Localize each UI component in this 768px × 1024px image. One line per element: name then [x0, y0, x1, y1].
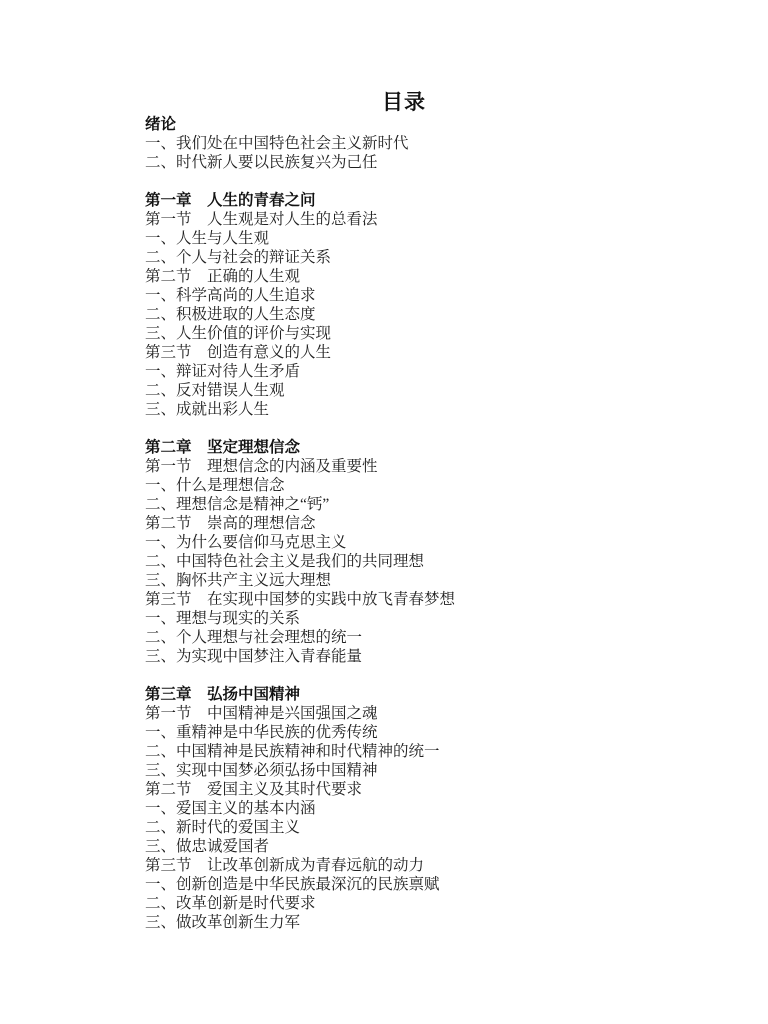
toc-entry: 一、为什么要信仰马克思主义	[145, 533, 663, 552]
table-of-contents: 绪论一、我们处在中国特色社会主义新时代二、时代新人要以民族复兴为己任第一章 人生…	[145, 115, 663, 932]
toc-entry: 一、重精神是中华民族的优秀传统	[145, 723, 663, 742]
section-heading: 绪论	[145, 115, 663, 134]
section-heading: 第三章 弘扬中国精神	[145, 685, 663, 704]
toc-entry: 三、做忠诚爱国者	[145, 837, 663, 856]
toc-section: 绪论一、我们处在中国特色社会主义新时代二、时代新人要以民族复兴为己任	[145, 115, 663, 172]
toc-entry: 一、辩证对待人生矛盾	[145, 362, 663, 381]
page-title: 目录	[145, 91, 663, 114]
toc-entry: 三、为实现中国梦注入青春能量	[145, 647, 663, 666]
toc-entry: 一、爱国主义的基本内涵	[145, 799, 663, 818]
toc-entry: 第三节 创造有意义的人生	[145, 343, 663, 362]
toc-entry: 三、人生价值的评价与实现	[145, 324, 663, 343]
toc-entry: 第一节 人生观是对人生的总看法	[145, 210, 663, 229]
toc-entry: 二、个人理想与社会理想的统一	[145, 628, 663, 647]
toc-entry: 一、我们处在中国特色社会主义新时代	[145, 134, 663, 153]
toc-entry: 第二节 爱国主义及其时代要求	[145, 780, 663, 799]
toc-entry: 第一节 中国精神是兴国强国之魂	[145, 704, 663, 723]
toc-entry: 二、中国特色社会主义是我们的共同理想	[145, 552, 663, 571]
toc-entry: 一、创新创造是中华民族最深沉的民族禀赋	[145, 875, 663, 894]
toc-entry: 一、人生与人生观	[145, 229, 663, 248]
toc-entry: 一、什么是理想信念	[145, 476, 663, 495]
toc-entry: 第三节 让改革创新成为青春远航的动力	[145, 856, 663, 875]
toc-section: 第三章 弘扬中国精神第一节 中国精神是兴国强国之魂一、重精神是中华民族的优秀传统…	[145, 685, 663, 932]
toc-entry: 二、中国精神是民族精神和时代精神的统一	[145, 742, 663, 761]
section-heading: 第一章 人生的青春之问	[145, 191, 663, 210]
toc-entry: 二、反对错误人生观	[145, 381, 663, 400]
section-heading: 第二章 坚定理想信念	[145, 438, 663, 457]
toc-entry: 第二节 正确的人生观	[145, 267, 663, 286]
toc-entry: 三、成就出彩人生	[145, 400, 663, 419]
toc-entry: 第二节 崇高的理想信念	[145, 514, 663, 533]
toc-section: 第二章 坚定理想信念第一节 理想信念的内涵及重要性一、什么是理想信念二、理想信念…	[145, 438, 663, 666]
toc-entry: 二、改革创新是时代要求	[145, 894, 663, 913]
toc-entry: 二、个人与社会的辩证关系	[145, 248, 663, 267]
toc-entry: 二、时代新人要以民族复兴为己任	[145, 153, 663, 172]
toc-entry: 第一节 理想信念的内涵及重要性	[145, 457, 663, 476]
toc-entry: 二、理想信念是精神之“钙”	[145, 495, 663, 514]
toc-entry: 二、新时代的爱国主义	[145, 818, 663, 837]
toc-entry: 一、理想与现实的关系	[145, 609, 663, 628]
toc-entry: 第三节 在实现中国梦的实践中放飞青春梦想	[145, 590, 663, 609]
toc-entry: 三、实现中国梦必须弘扬中国精神	[145, 761, 663, 780]
toc-entry: 二、积极进取的人生态度	[145, 305, 663, 324]
toc-section: 第一章 人生的青春之问第一节 人生观是对人生的总看法一、人生与人生观二、个人与社…	[145, 191, 663, 419]
toc-entry: 三、胸怀共产主义远大理想	[145, 571, 663, 590]
toc-entry: 一、科学高尚的人生追求	[145, 286, 663, 305]
toc-entry: 三、做改革创新生力军	[145, 913, 663, 932]
document-page: 目录 绪论一、我们处在中国特色社会主义新时代二、时代新人要以民族复兴为己任第一章…	[0, 0, 768, 1024]
